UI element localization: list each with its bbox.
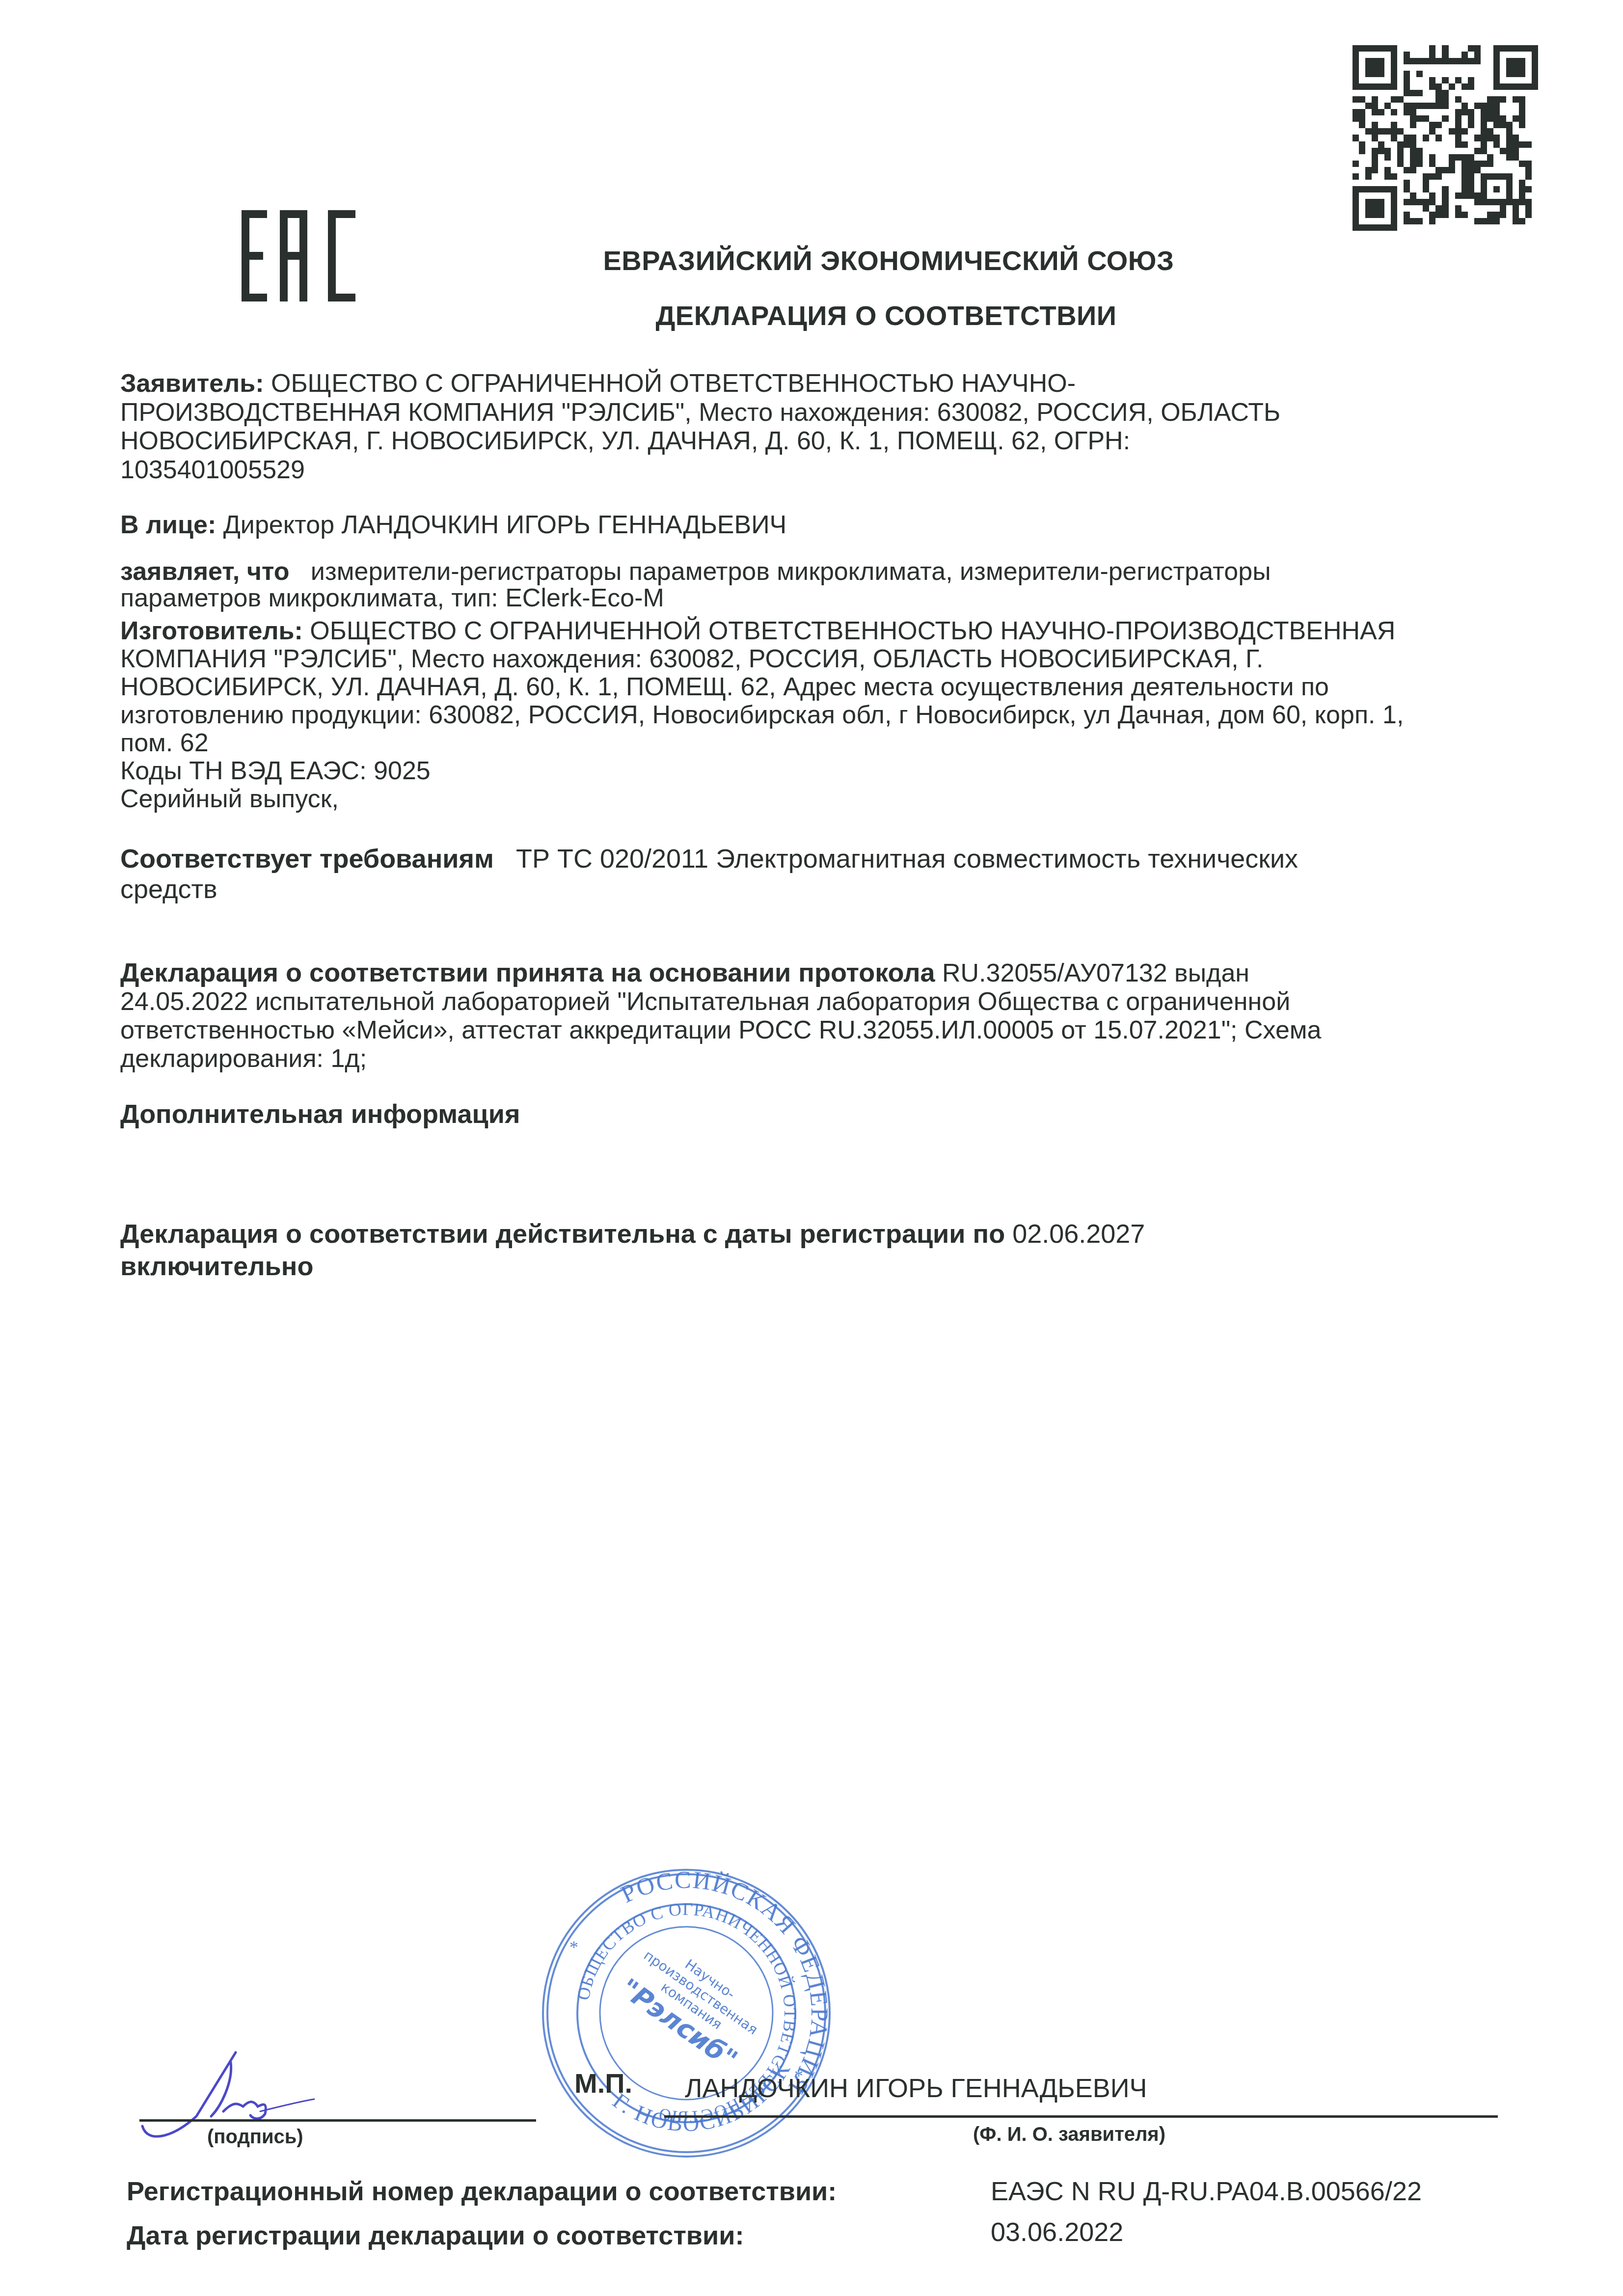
registration-number-label: Регистрационный номер декларации о соотв… <box>127 2176 837 2207</box>
manufacturer-line: изготовлению продукции: 630082, РОССИЯ, … <box>120 701 1524 729</box>
applicant-label: Заявитель: <box>120 369 264 398</box>
conformity-standard: ТР ТС 020/2011 Электромагнитная совмести… <box>516 844 1298 874</box>
registration-date-label: Дата регистрации декларации о соответств… <box>127 2220 744 2251</box>
validity-date: 02.06.2027 <box>1005 1219 1145 1249</box>
manufacturer-line: ОБЩЕСТВО С ОГРАНИЧЕННОЙ ОТВЕТСТВЕННОСТЬЮ… <box>303 617 1395 645</box>
representative-label: В лице: <box>120 511 216 539</box>
validity-label: Декларация о соответствии действительна … <box>120 1219 1005 1249</box>
declares-section: заявляет, что измерители-регистраторы па… <box>120 558 1524 611</box>
representative-row: В лице: Директор ЛАНДОЧКИН ИГОРЬ ГЕННАДЬ… <box>120 511 786 539</box>
name-line <box>664 2115 1498 2118</box>
production-type: Серийный выпуск, <box>120 785 1524 813</box>
manufacturer-line: КОМПАНИЯ "РЭЛСИБ", Место нахождения: 630… <box>120 645 1524 673</box>
basis-label: Декларация о соответствии принята на осн… <box>120 958 935 987</box>
eac-mark-icon <box>242 210 355 301</box>
basis-line: 24.05.2022 испытательной лабораторией "И… <box>120 987 1524 1016</box>
representative-value: Директор ЛАНДОЧКИН ИГОРЬ ГЕННАДЬЕВИЧ <box>216 511 786 539</box>
svg-text:*: * <box>569 1938 578 1957</box>
additional-info-label: Дополнительная информация <box>120 1100 520 1128</box>
product-line: измерители-регистраторы параметров микро… <box>311 557 1271 586</box>
basis-section: Декларация о соответствии принята на осн… <box>120 958 1524 1073</box>
basis-line: ответственностью «Мейси», аттестат аккре… <box>120 1016 1524 1044</box>
document-title: ДЕКЛАРАЦИЯ О СООТВЕТСТВИИ <box>609 300 1163 331</box>
conformity-section: Соответствует требованиям ТР ТС 020/2011… <box>120 844 1524 904</box>
manufacturer-line: НОВОСИБИРСК, УЛ. ДАЧНАЯ, Д. 60, К. 1, ПО… <box>120 673 1524 701</box>
signature-caption: (подпись) <box>207 2126 303 2148</box>
registration-date-value: 03.06.2022 <box>991 2217 1123 2247</box>
signature-line <box>139 2119 536 2122</box>
product-line: параметров микроклимата, тип: EClerk-Eco… <box>120 585 1524 611</box>
union-title: ЕВРАЗИЙСКИЙ ЭКОНОМИЧЕСКИЙ СОЮЗ <box>596 245 1181 276</box>
tn-ved-codes: Коды ТН ВЭД ЕАЭС: 9025 <box>120 757 1524 785</box>
stamp-place-label: М.П. <box>574 2067 632 2099</box>
signer-name: ЛАНДОЧКИН ИГОРЬ ГЕННАДЬЕВИЧ <box>685 2073 1147 2104</box>
basis-line: RU.32055/АУ07132 выдан <box>935 959 1250 987</box>
manufacturer-label: Изготовитель: <box>120 617 303 645</box>
manufacturer-section: Изготовитель: ОБЩЕСТВО С ОГРАНИЧЕННОЙ ОТ… <box>120 617 1524 813</box>
applicant-line: НОВОСИБИРСКАЯ, Г. НОВОСИБИРСК, УЛ. ДАЧНА… <box>120 427 1524 456</box>
applicant-line: ОБЩЕСТВО С ОГРАНИЧЕННОЙ ОТВЕТСТВЕННОСТЬЮ… <box>264 369 1076 398</box>
name-caption: (Ф. И. О. заявителя) <box>973 2124 1165 2146</box>
applicant-section: Заявитель: ОБЩЕСТВО С ОГРАНИЧЕННОЙ ОТВЕТ… <box>120 369 1524 484</box>
validity-section: Декларация о соответствии действительна … <box>120 1218 1524 1283</box>
basis-line: декларирования: 1д; <box>120 1044 1524 1073</box>
applicant-line: ПРОИЗВОДСТВЕННАЯ КОМПАНИЯ "РЭЛСИБ", Мест… <box>120 398 1524 427</box>
conformity-label: Соответствует требованиям <box>120 844 494 874</box>
qr-code-icon[interactable] <box>1352 45 1538 231</box>
registration-number-value: ЕАЭС N RU Д-RU.РА04.В.00566/22 <box>991 2176 1422 2207</box>
conformity-standard: средств <box>120 874 1524 904</box>
declares-label: заявляет, что <box>120 557 290 586</box>
manufacturer-line: пом. 62 <box>120 729 1524 757</box>
validity-suffix: включительно <box>120 1250 1524 1283</box>
applicant-line: 1035401005529 <box>120 456 1524 485</box>
